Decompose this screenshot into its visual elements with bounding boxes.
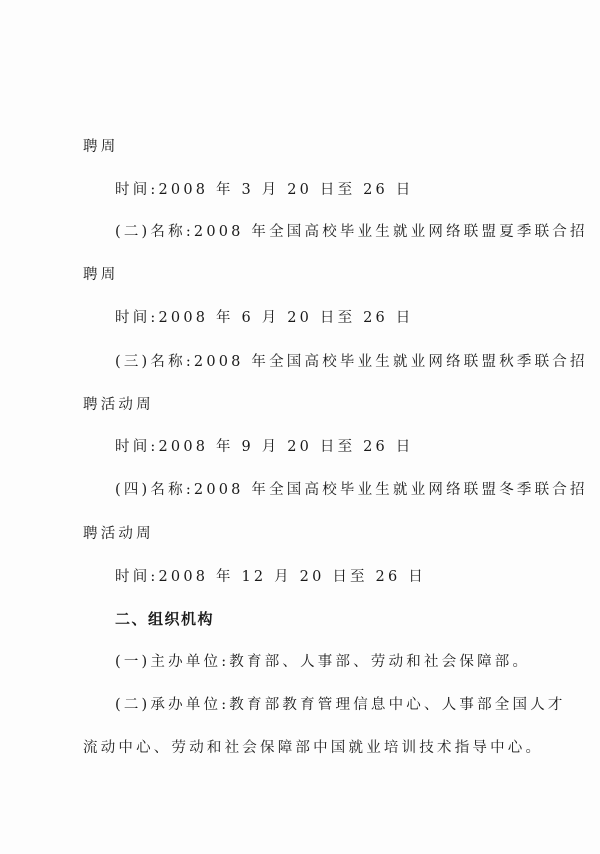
section-heading: 二、组织机构	[115, 609, 214, 629]
text-line: (四)名称:2008 年全国高校毕业生就业网络联盟冬季联合招	[115, 480, 588, 500]
text-line: 时间:2008 年 9 月 20 日至 26 日	[115, 437, 413, 457]
text-line: 时间:2008 年 3 月 20 日至 26 日	[115, 180, 413, 200]
text-line: 聘活动周	[83, 524, 154, 544]
text-line: 聘周	[83, 265, 118, 285]
document-page: 聘周 时间:2008 年 3 月 20 日至 26 日 (二)名称:2008 年…	[0, 0, 600, 854]
text-line: (二)承办单位:教育部教育管理信息中心、人事部全国人才	[115, 695, 566, 715]
text-line: 聘周	[83, 137, 118, 157]
text-line: (一)主办单位:教育部、人事部、劳动和社会保障部。	[115, 652, 530, 672]
text-line: (三)名称:2008 年全国高校毕业生就业网络联盟秋季联合招	[115, 352, 588, 372]
text-line: 时间:2008 年 6 月 20 日至 26 日	[115, 308, 413, 328]
text-line: (二)名称:2008 年全国高校毕业生就业网络联盟夏季联合招	[115, 222, 588, 242]
text-line: 聘活动周	[83, 395, 154, 415]
text-line: 时间:2008 年 12 月 20 日至 26 日	[115, 567, 426, 587]
text-line: 流动中心、劳动和社会保障部中国就业培训技术指导中心。	[83, 738, 543, 758]
